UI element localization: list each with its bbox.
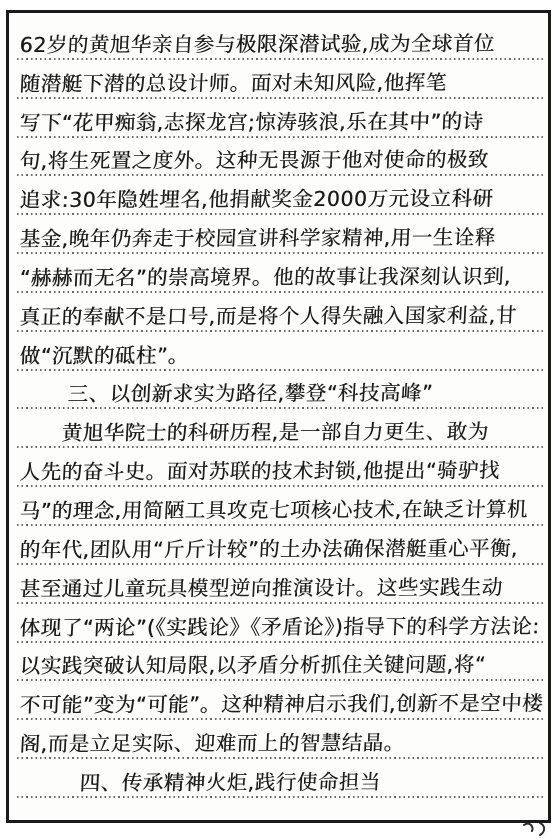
handwritten-line: 黄旭华院士的科研历程,是一部自力更生、敢为 [17, 409, 543, 448]
line-text: 写下“花甲痴翁,志探龙宫;惊涛骇浪,乐在其中”的诗 [19, 104, 484, 136]
heading-text: 三、以创新求实为路径,攀登“科技高峰” [67, 376, 434, 407]
handwritten-line: 体现了“两论”(《实践论》《矛盾论》)指导下的科学方法论: [17, 604, 543, 643]
line-text: 人先的奋斗史。面对苏联的技术封锁,他提出“骑驴找 [19, 453, 501, 485]
handwritten-line: 随潜艇下潜的总设计师。面对未知风险,他挥笔 [17, 60, 543, 99]
handwritten-line: 真正的奉献不是口号,而是将个人得失融入国家利益,甘 [17, 293, 543, 332]
handwritten-line: “赫赫而无名”的崇高境界。他的故事让我深刻认识到, [17, 254, 543, 293]
handwritten-line: 基金,晚年仍奔走于校园宣讲科学家精神,用一生诠释 [17, 215, 543, 254]
handwritten-line: 甚至通过儿童玩具模型逆向推演设计。这些实践生动 [17, 565, 543, 604]
handwritten-line: 62岁的黄旭华亲自参与极限深潜试验,成为全球首位 [17, 21, 543, 60]
line-text: 阁,而是立足实际、迎难而上的智慧结晶。 [19, 726, 406, 757]
handwritten-line: 阁,而是立足实际、迎难而上的智慧结晶。 [17, 720, 543, 759]
line-text: 真正的奉献不是口号,而是将个人得失融入国家利益,甘 [19, 298, 518, 330]
handwritten-line: 追求:30年隐姓埋名,他捐献奖金2000万元设立科研 [17, 176, 543, 215]
stray-ink-squiggle-icon [522, 821, 548, 837]
line-text: 追求:30年隐姓埋名,他捐献奖金2000万元设立科研 [19, 182, 494, 214]
line-text: 句,将生死置之度外。这种无畏源于他对使命的极致 [19, 143, 490, 175]
section-heading-4: 四、传承精神火炬,践行使命担当 [17, 759, 543, 798]
heading-text: 四、传承精神火炬,践行使命担当 [79, 765, 382, 796]
line-text: 马”的理念,用简陋工具攻克七项核心技术,在缺乏计算机 [19, 492, 529, 524]
line-text: 62岁的黄旭华亲自参与极限深潜试验,成为全球首位 [19, 26, 496, 58]
handwritten-line: 马”的理念,用简陋工具攻克七项核心技术,在缺乏计算机 [17, 487, 543, 526]
line-text: “赫赫而无名”的崇高境界。他的故事让我深刻认识到, [19, 259, 512, 291]
line-text: 基金,晚年仍奔走于校园宣讲科学家精神,用一生诠释 [19, 220, 497, 252]
line-text: 体现了“两论”(《实践论》《矛盾论》)指导下的科学方法论: [19, 609, 540, 641]
handwritten-line: 写下“花甲痴翁,志探龙宫;惊涛骇浪,乐在其中”的诗 [17, 99, 543, 138]
handwritten-line: 的年代,团队用“斤斤计较”的土办法确保潜艇重心平衡, [17, 526, 543, 565]
ruled-text-area: 62岁的黄旭华亲自参与极限深潜试验,成为全球首位 随潜艇下潜的总设计师。面对未知… [17, 21, 543, 798]
line-text: 做“沉默的砥柱”。 [19, 338, 190, 369]
handwritten-line: 人先的奋斗史。面对苏联的技术封锁,他提出“骑驴找 [17, 448, 543, 487]
handwritten-line: 做“沉默的砥柱”。 [17, 332, 543, 371]
paper-frame: 62岁的黄旭华亲自参与极限深潜试验,成为全球首位 随潜艇下潜的总设计师。面对未知… [6, 10, 551, 823]
handwritten-line: 不可能”变为“可能”。这种精神启示我们,创新不是空中楼 [17, 681, 543, 720]
line-text: 甚至通过儿童玩具模型逆向推演设计。这些实践生动 [19, 570, 504, 602]
section-heading-3: 三、以创新求实为路径,攀登“科技高峰” [17, 371, 543, 410]
line-text: 不可能”变为“可能”。这种精神启示我们,创新不是空中楼 [19, 686, 544, 718]
line-text: 黄旭华院士的科研历程,是一部自力更生、敢为 [61, 415, 490, 446]
handwritten-essay-page: 62岁的黄旭华亲自参与极限深潜试验,成为全球首位 随潜艇下潜的总设计师。面对未知… [0, 0, 560, 839]
handwritten-line: 以实践突破认知局限,以矛盾分析抓住关键问题,将“ [17, 643, 543, 682]
handwritten-line: 句,将生死置之度外。这种无畏源于他对使命的极致 [17, 138, 543, 177]
line-text: 的年代,团队用“斤斤计较”的土办法确保潜艇重心平衡, [19, 531, 519, 563]
line-text: 以实践突破认知局限,以矛盾分析抓住关键问题,将“ [19, 648, 487, 680]
line-text: 随潜艇下潜的总设计师。面对未知风险,他挥笔 [19, 65, 448, 96]
